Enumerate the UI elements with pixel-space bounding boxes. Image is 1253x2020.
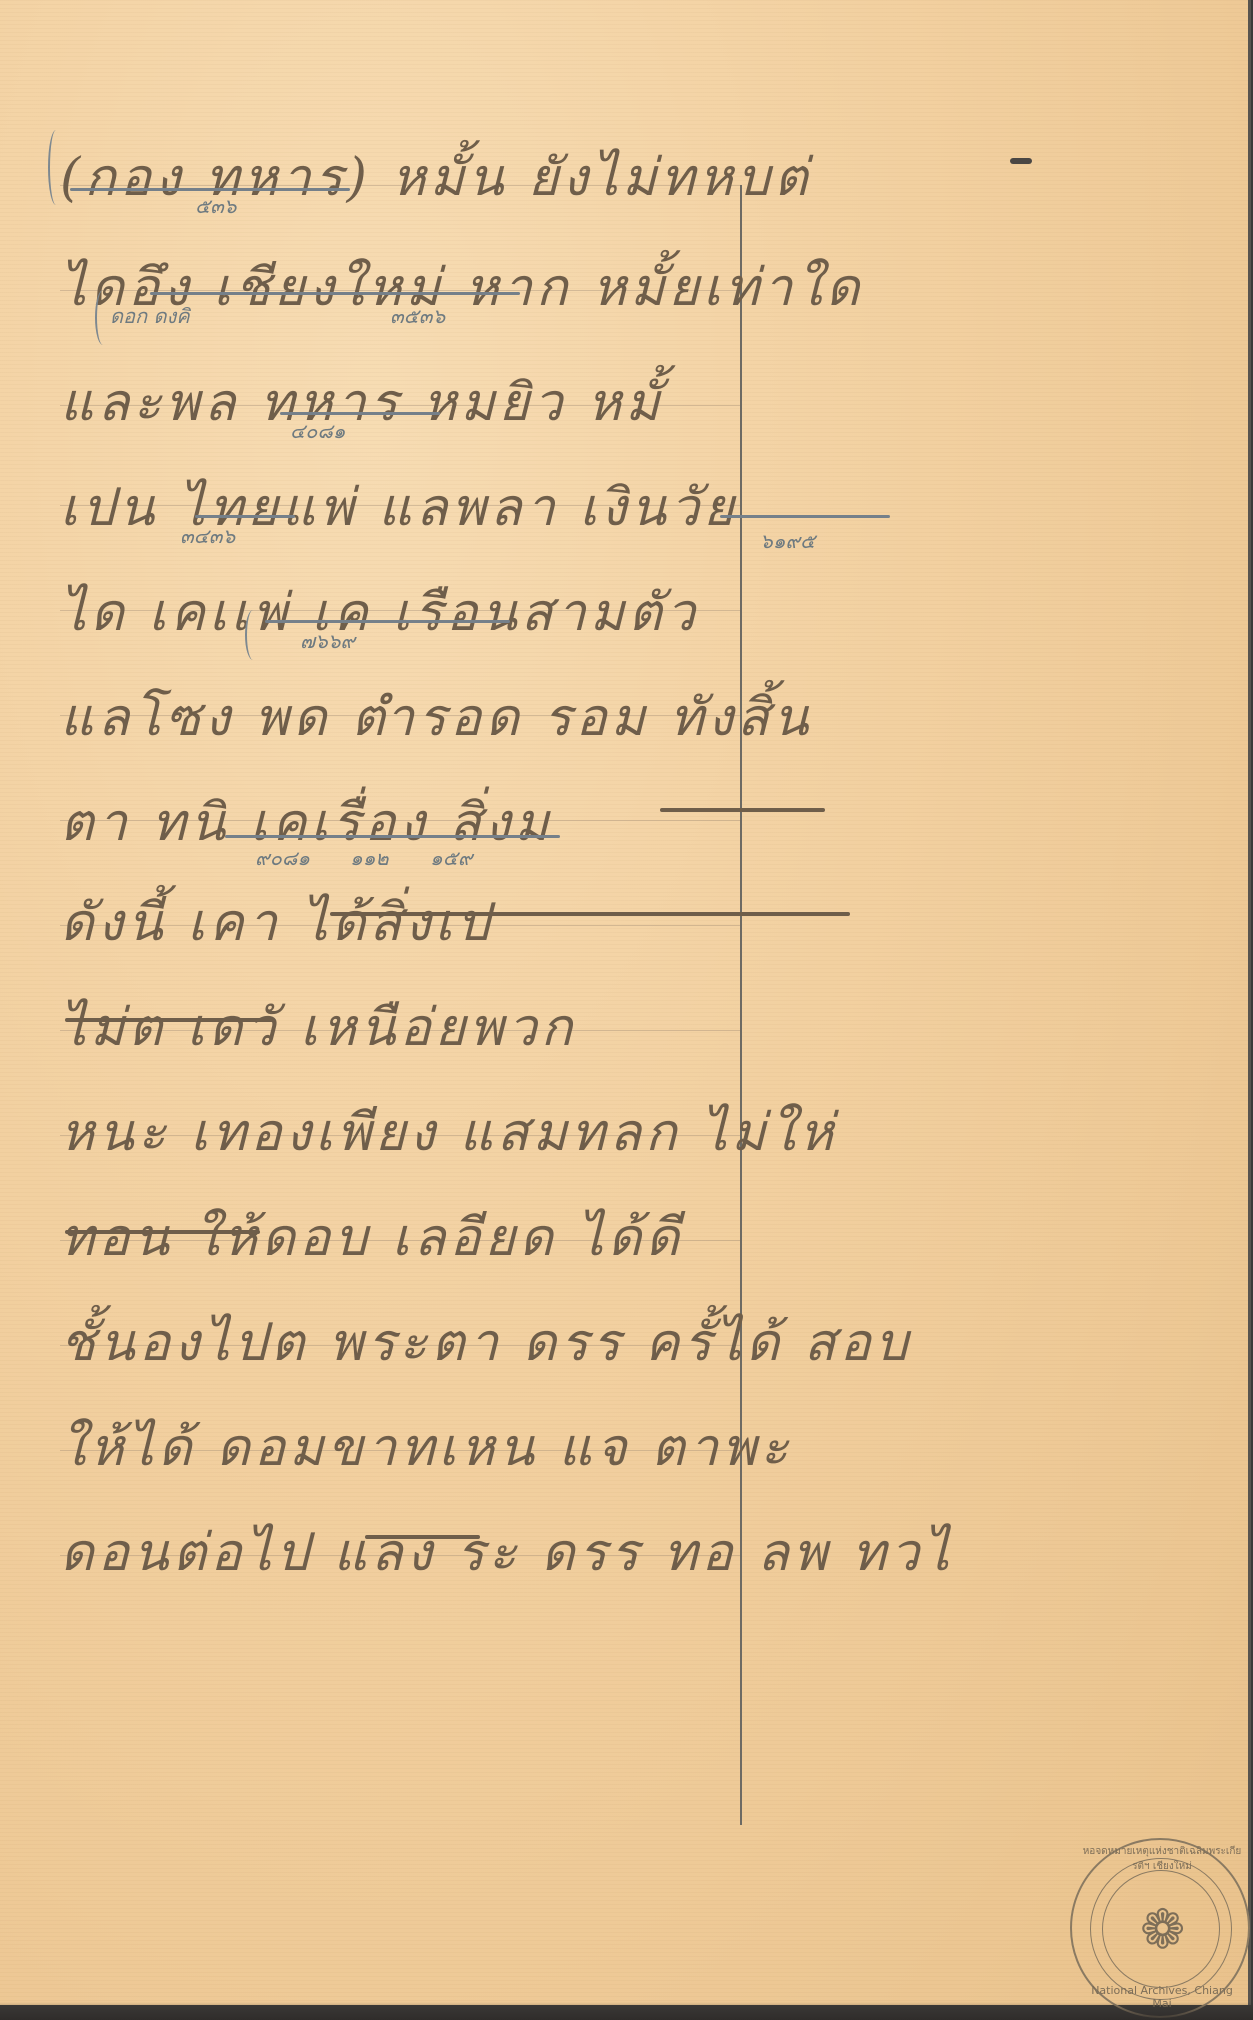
strikethrough [330, 912, 850, 916]
strikethrough [660, 808, 825, 812]
strikethrough [65, 1230, 260, 1234]
pencil-underline [150, 292, 520, 295]
manuscript-line-3: และพล ทหาร หมยิว หมั้ [60, 360, 664, 443]
pencil-annotation: ๔๐๘๑ [290, 415, 345, 447]
manuscript-line-5: ได เคเเพ่ เค เรือนสามตัว [60, 570, 699, 653]
pencil-underline [265, 620, 510, 623]
pencil-annotation: ๑๕๙ [430, 842, 472, 874]
pencil-annotation: ๕๓๖ [195, 190, 237, 222]
strikethrough [365, 1535, 480, 1539]
manuscript-line-9: ไม่ต เดวั เหนือ่ยพวก [60, 985, 576, 1068]
manuscript-line-14: ดอนต่อไป แลง ระ ดรร ทอ ลพ ทวไ [60, 1510, 953, 1593]
pencil-bracket [245, 610, 261, 660]
page-bottom-shadow [0, 2002, 1253, 2020]
pencil-annotation: ๓๕๓๖ [390, 300, 445, 332]
pencil-underline [195, 515, 295, 518]
manuscript-line-6: แลโซง พด ตำรอด รอม ทังสิ้น [60, 675, 812, 758]
stamp-thai-text: หอจดหมายเหตุแห่งชาติเฉลิมพระเกียรติฯ เชี… [1082, 1844, 1242, 1874]
ganesha-seal-icon: ❁ [1140, 1890, 1184, 1970]
manuscript-line-10: หนะ เทองเพียง แสมทลก ไม่ให่ [60, 1090, 837, 1173]
archive-stamp: ❁ หอจดหมายเหตุแห่งชาติเฉลิมพระเกียรติฯ เ… [1070, 1838, 1250, 2018]
pencil-bracket [48, 130, 64, 205]
ink-mark [1010, 158, 1032, 164]
pencil-annotation: ๓๔๓๖ [180, 520, 235, 552]
pencil-annotation: ๑๑๒ [350, 842, 389, 874]
manuscript-line-8: ดังนี้ เคา ได้สิ่งเป [60, 880, 493, 963]
pencil-annotation: ๙๐๘๑ [255, 842, 310, 874]
manuscript-line-11: ทอน ให้ดอบ เลอียด ได้ดี [60, 1195, 683, 1278]
pencil-annotation: ดอก ดงคิ [110, 300, 190, 332]
pencil-underline [225, 835, 560, 838]
manuscript-line-13: ให้ได้ ดอมขาทเหน แจ ตาพะ [60, 1405, 792, 1488]
pencil-bracket [95, 290, 111, 345]
manuscript-line-12: ชั้นองไปต พระตา ดรร ครั้ได้ สอบ [60, 1300, 912, 1383]
manuscript-line-4: เปน ไทยแพ่ แลพลา เงินวัย [60, 465, 738, 548]
manuscript-page: (กอง ทหาร) หมั้น ยังไม่ทหบต่ ไดอึง เชียง… [0, 0, 1251, 2005]
pencil-annotation: ๗๖๖๙ [300, 625, 355, 657]
pencil-annotation: ๖๑๙๕ [760, 525, 815, 557]
strikethrough [65, 1018, 275, 1022]
pencil-underline [720, 515, 890, 518]
manuscript-line-1: (กอง ทหาร) หมั้น ยังไม่ทหบต่ [60, 135, 812, 218]
